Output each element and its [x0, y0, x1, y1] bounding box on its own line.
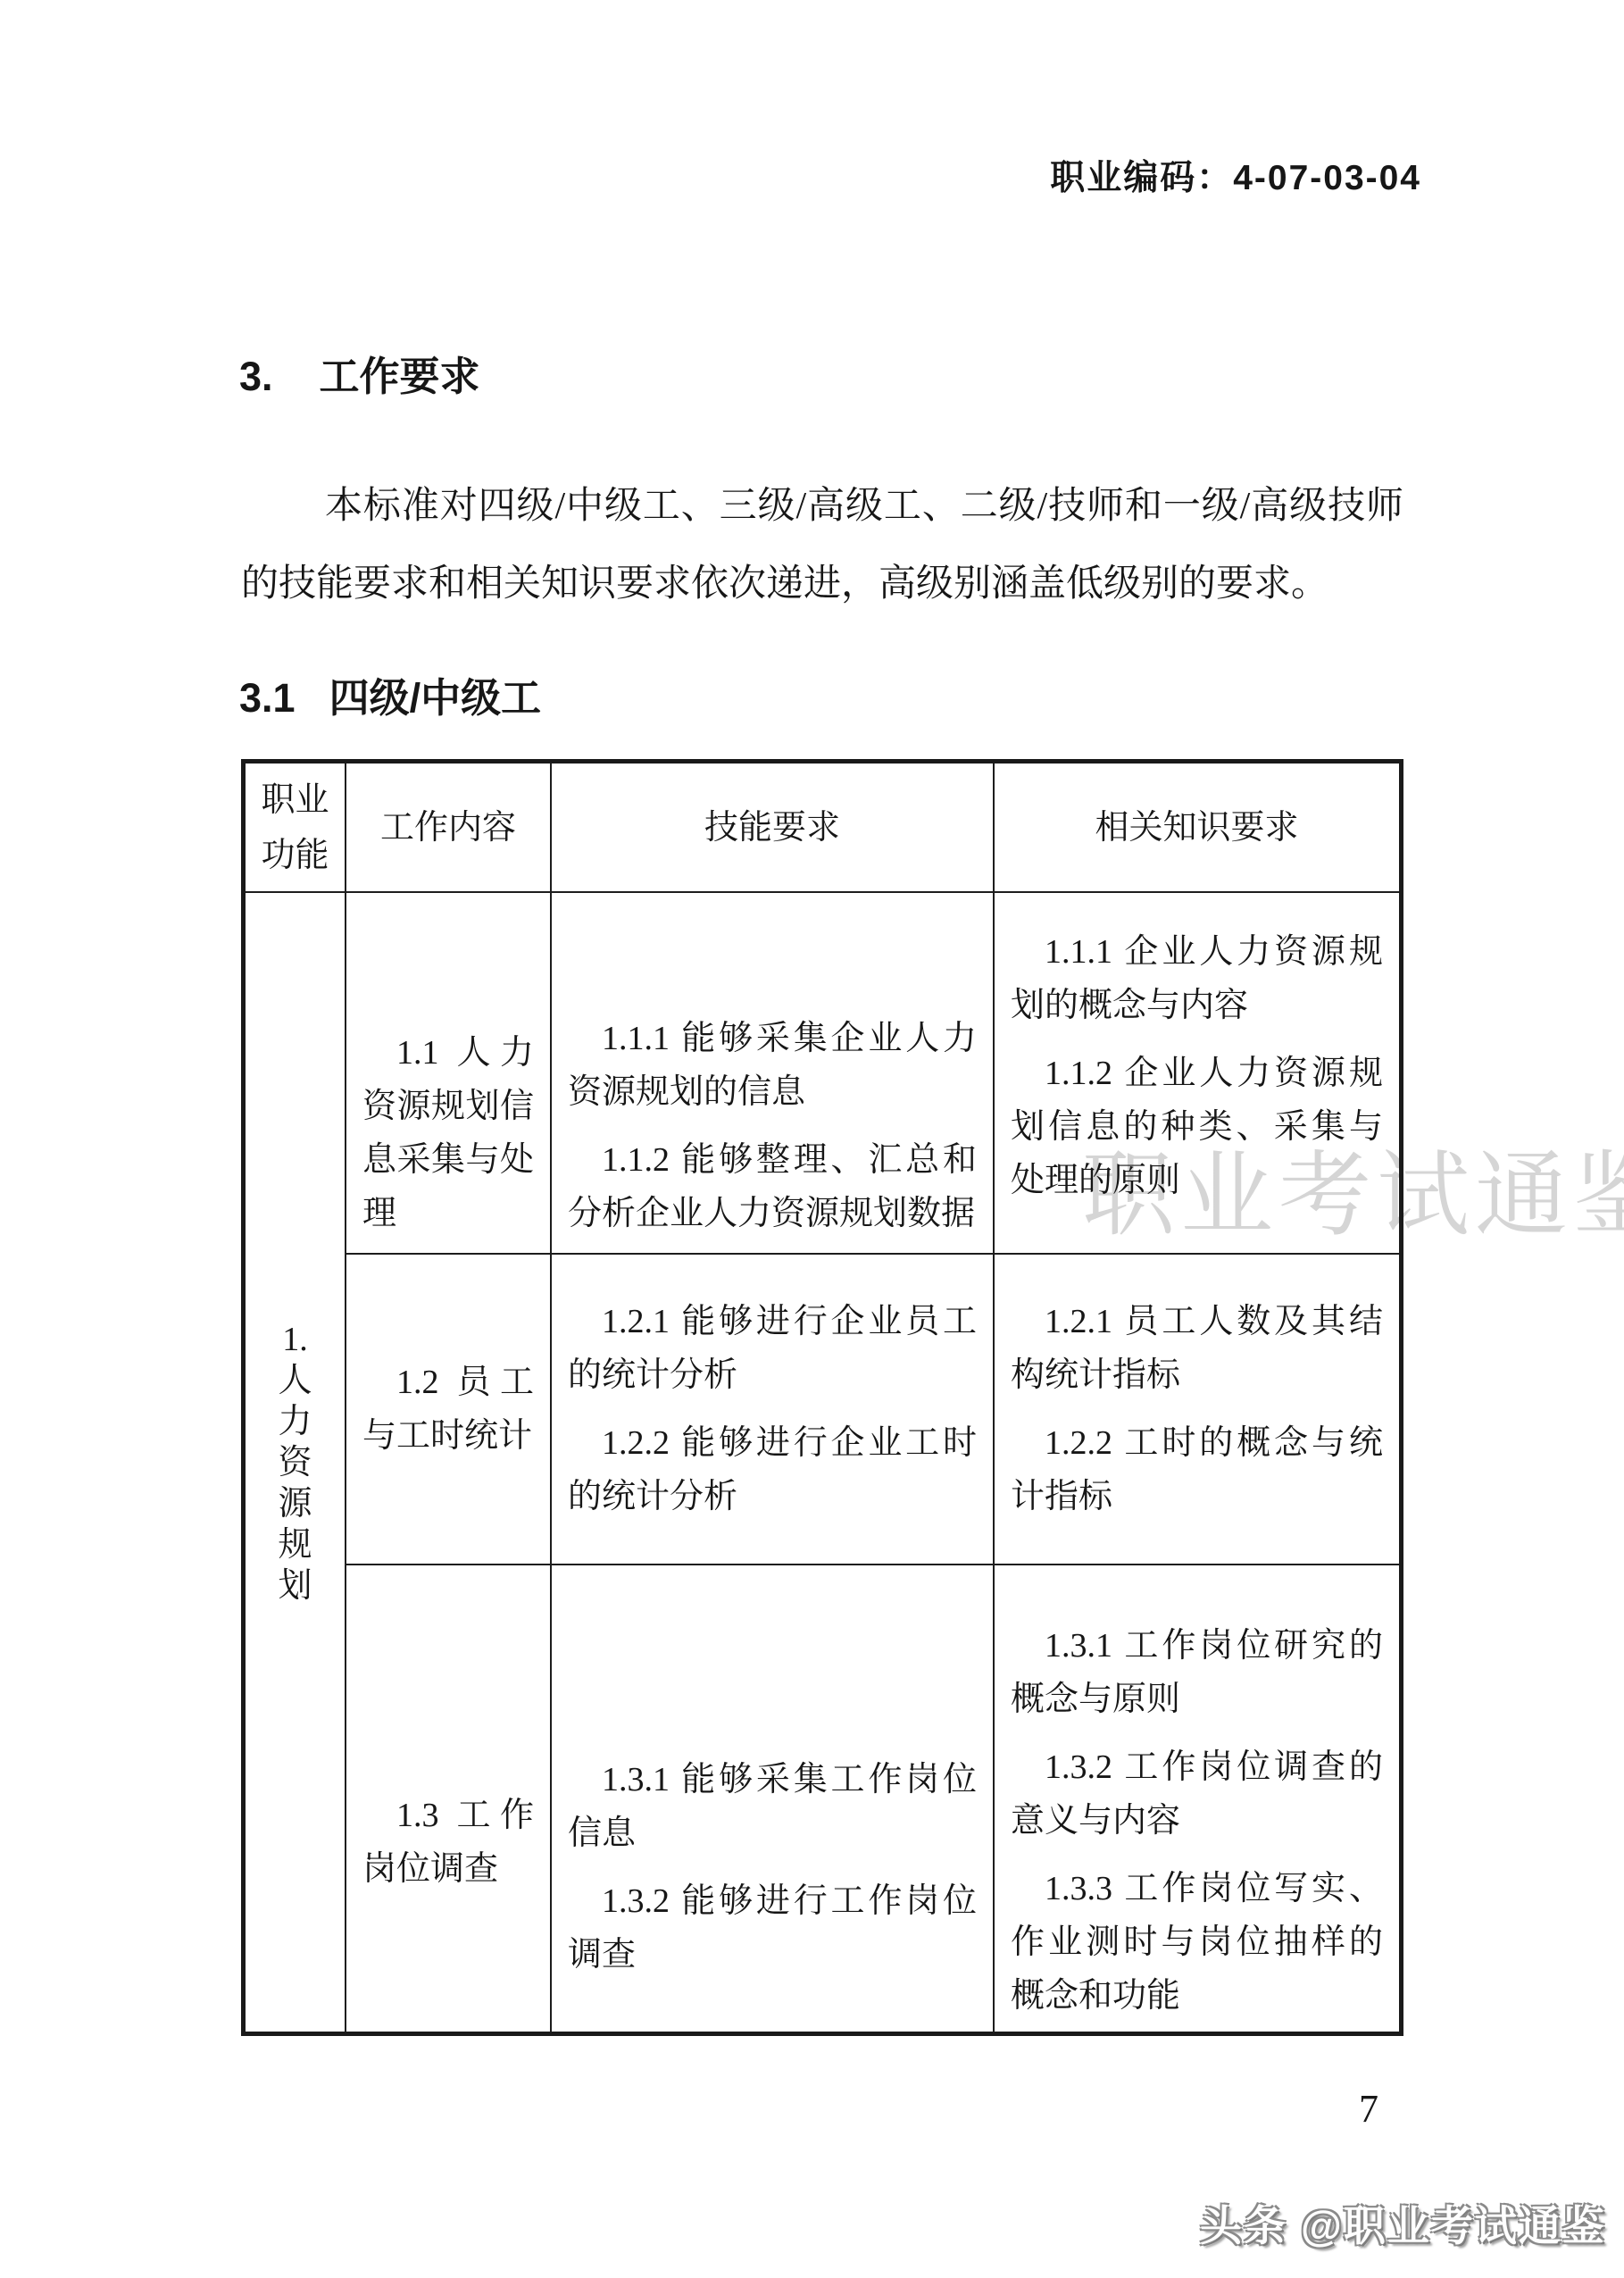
work-content-paragraph: 1.3 工作岗位调查 [362, 1789, 534, 1896]
subsection-heading: 3.1 四级/中级工 [239, 675, 541, 722]
skill-cell-1-1: 1.1.1 能够采集企业人力资源规划的信息1.1.2 能够整理、汇总和分析企业人… [552, 893, 995, 1255]
function-char: 人 [278, 1360, 312, 1401]
knowledge-paragraph: 1.3.2 工作岗位调查的意义与内容 [1011, 1740, 1383, 1848]
skill-paragraph: 1.3.1 能够采集工作岗位信息 [568, 1753, 977, 1860]
knowledge-cell-1-1: 1.1.1 企业人力资源规划的概念与内容1.1.2 企业人力资源规划信息的种类、… [995, 893, 1399, 1255]
work-content-paragraph: 1.2 员工与工时统计 [362, 1356, 534, 1463]
knowledge-paragraph: 1.1.1 企业人力资源规划的概念与内容 [1011, 925, 1383, 1032]
header-knowledge-requirements: 相关知识要求 [995, 764, 1399, 893]
work-content-cell-1-1: 1.1 人力资源规划信息采集与处理 [346, 893, 552, 1255]
function-char: 规 [278, 1524, 312, 1565]
section-title: 工作要求 [320, 354, 480, 400]
section-heading: 3. 工作要求 [239, 354, 480, 400]
header-skill-requirements: 技能要求 [552, 764, 995, 893]
subsection-title: 四级/中级工 [329, 675, 542, 722]
function-cell-hr-planning: 1.人力资源规划 [246, 893, 346, 2032]
skill-paragraph: 1.2.1 能够进行企业员工的统计分析 [568, 1295, 977, 1402]
function-char: 源 [278, 1483, 312, 1524]
occupation-code: 职业编码：4-07-03-04 [0, 150, 1421, 200]
knowledge-cell-1-3: 1.3.1 工作岗位研究的概念与原则1.3.2 工作岗位调查的意义与内容1.3.… [995, 1565, 1399, 2032]
work-content-cell-1-3: 1.3 工作岗位调查 [346, 1565, 552, 2032]
function-char: 资 [278, 1442, 312, 1483]
knowledge-paragraph: 1.2.1 员工人数及其结构统计指标 [1011, 1295, 1383, 1402]
page-number: 7 [1359, 2086, 1378, 2132]
skill-paragraph: 1.2.2 能够进行企业工时的统计分析 [568, 1416, 977, 1523]
knowledge-cell-1-2: 1.2.1 员工人数及其结构统计指标1.2.2 工时的概念与统计指标 [995, 1255, 1399, 1565]
document-page: 职业编码：4-07-03-04 3. 工作要求 本标准对四级/中级工、三级/高级… [0, 0, 1624, 2278]
knowledge-paragraph: 1.3.1 工作岗位研究的概念与原则 [1011, 1619, 1383, 1726]
header-work-content: 工作内容 [346, 764, 552, 893]
bottom-watermark: 头条 @职业考试通鉴 [1200, 2193, 1606, 2253]
knowledge-paragraph: 1.2.2 工时的概念与统计指标 [1011, 1416, 1383, 1523]
skill-paragraph: 1.1.1 能够采集企业人力资源规划的信息 [568, 1012, 977, 1119]
work-content-paragraph: 1.1 人力资源规划信息采集与处理 [362, 1026, 534, 1240]
work-content-cell-1-2: 1.2 员工与工时统计 [346, 1255, 552, 1565]
section-intro-paragraph: 本标准对四级/中级工、三级/高级工、二级/技师和一级/高级技师的技能要求和相关知… [241, 468, 1403, 623]
function-char: 划 [278, 1565, 312, 1606]
section-number: 3. [239, 354, 273, 400]
skill-paragraph: 1.1.2 能够整理、汇总和分析企业人力资源规划数据 [568, 1133, 977, 1240]
requirements-table: 职业功能 工作内容 技能要求 相关知识要求 1.人力资源规划 1.1 人力资源规… [241, 759, 1403, 2036]
subsection-number: 3.1 [239, 675, 296, 722]
knowledge-paragraph: 1.1.2 企业人力资源规划信息的种类、采集与处理的原则 [1011, 1047, 1383, 1207]
knowledge-paragraph: 1.3.3 工作岗位写实、作业测时与岗位抽样的概念和功能 [1011, 1862, 1383, 2023]
skill-cell-1-3: 1.3.1 能够采集工作岗位信息1.3.2 能够进行工作岗位调查 [552, 1565, 995, 2032]
skill-cell-1-2: 1.2.1 能够进行企业员工的统计分析1.2.2 能够进行企业工时的统计分析 [552, 1255, 995, 1565]
function-char: 1. [282, 1319, 308, 1360]
skill-paragraph: 1.3.2 能够进行工作岗位调查 [568, 1874, 977, 1982]
function-char: 力 [278, 1401, 312, 1442]
header-occupational-function: 职业功能 [246, 764, 346, 893]
